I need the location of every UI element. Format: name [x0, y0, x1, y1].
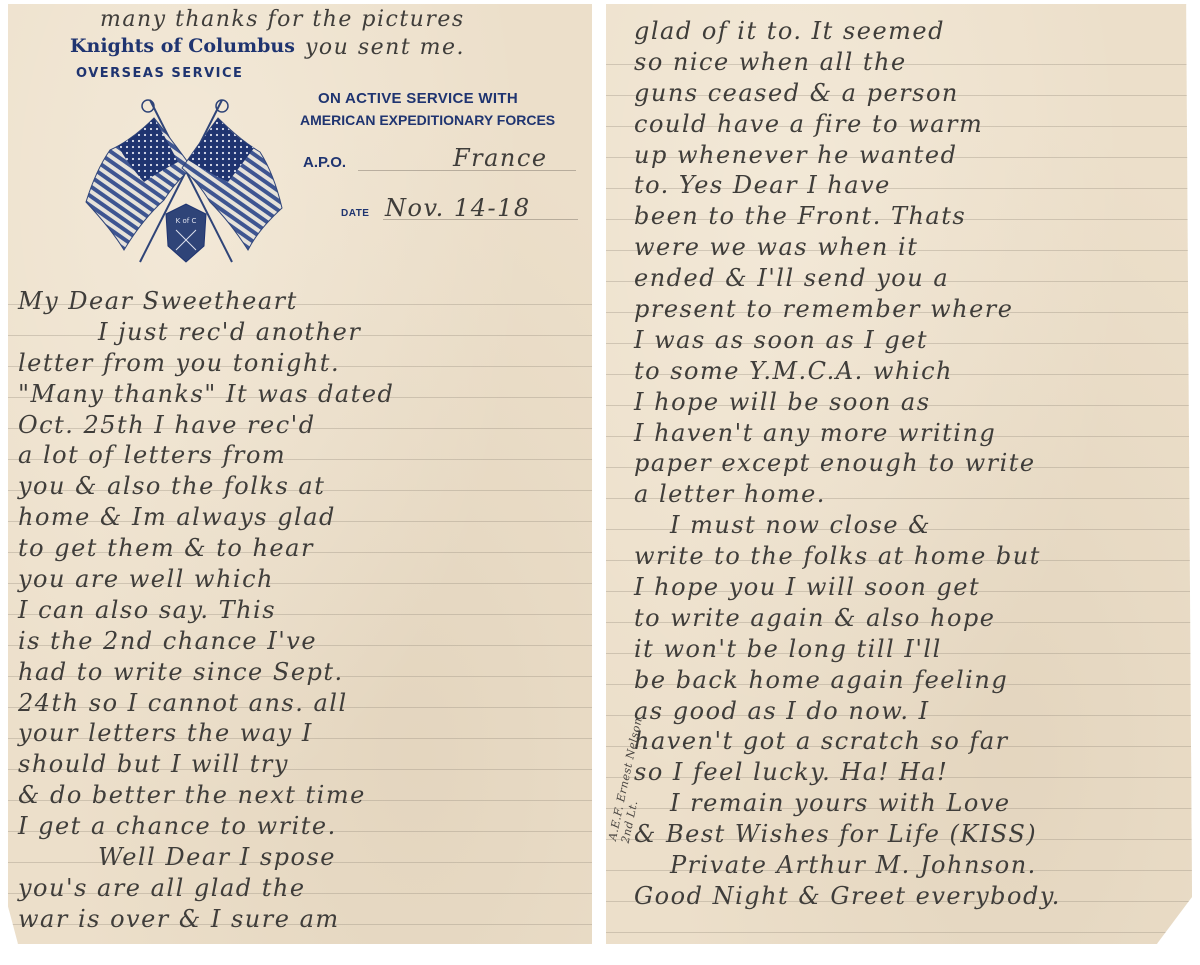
apo-label: A.P.O. [303, 154, 346, 171]
active-service-line-1: ON ACTIVE SERVICE WITH [318, 90, 518, 107]
body-line: it won't be long till I'll [634, 634, 1061, 665]
signature: Private Arthur M. Johnson. [634, 850, 1061, 881]
body-line: as good as I do now. I [634, 696, 1061, 727]
body-line: a letter home. [634, 479, 1061, 510]
emblem-text: K of C [176, 217, 197, 225]
body-line: I get a chance to write. [18, 811, 394, 842]
body-line: had to write since Sept. [18, 657, 394, 688]
body-line: I haven't any more writing [634, 418, 1061, 449]
body-line: home & Im always glad [18, 502, 394, 533]
apo-value: France [453, 144, 548, 172]
body-line: you & also the folks at [18, 471, 394, 502]
letter-body-page-1: My Dear Sweetheart I just rec'd another … [18, 286, 394, 935]
body-line: I hope you I will soon get [634, 572, 1061, 603]
body-line: "Many thanks" It was dated [18, 379, 394, 410]
body-line: letter from you tonight. [18, 348, 394, 379]
organization-name: Knights of Columbus [70, 35, 295, 57]
body-line: so nice when all the [634, 47, 1061, 78]
date-label: DATE [341, 208, 369, 219]
crossed-flags-emblem-icon: K of C [82, 90, 288, 268]
top-note-line-1: many thanks for the pictures [100, 6, 465, 34]
letter-body-page-2: glad of it to. It seemed so nice when al… [634, 16, 1061, 912]
body-line: 24th so I cannot ans. all [18, 688, 394, 719]
body-line: ended & I'll send you a [634, 263, 1061, 294]
body-line: I just rec'd another [18, 317, 394, 348]
body-line: guns ceased & a person [634, 78, 1061, 109]
date-value: Nov. 14-18 [385, 194, 531, 222]
body-line: to some Y.M.C.A. which [634, 356, 1061, 387]
closing-line: I remain yours with Love [634, 788, 1061, 819]
body-line: you are well which [18, 564, 394, 595]
body-line: I must now close & [634, 510, 1061, 541]
body-line: war is over & I sure am [18, 904, 394, 935]
body-line: & do better the next time [18, 780, 394, 811]
letter-page-2: glad of it to. It seemed so nice when al… [606, 4, 1192, 944]
body-line: a lot of letters from [18, 440, 394, 471]
body-line: write to the folks at home but [634, 541, 1061, 572]
body-line: to write again & also hope [634, 603, 1061, 634]
body-line: Oct. 25th I have rec'd [18, 410, 394, 441]
body-line: were we was when it [634, 232, 1061, 263]
body-line: I hope will be soon as [634, 387, 1061, 418]
body-line: Well Dear I spose [18, 842, 394, 873]
body-line: be back home again feeling [634, 665, 1061, 696]
body-line: is the 2nd chance I've [18, 626, 394, 657]
body-line: I can also say. This [18, 595, 394, 626]
body-line: could have a fire to warm [634, 109, 1061, 140]
body-line: you's are all glad the [18, 873, 394, 904]
overseas-service-label: OVERSEAS SERVICE [76, 66, 243, 81]
body-line: to. Yes Dear I have [634, 170, 1061, 201]
body-line: so I feel lucky. Ha! Ha! [634, 757, 1061, 788]
body-line: I was as soon as I get [634, 325, 1061, 356]
body-line: glad of it to. It seemed [634, 16, 1061, 47]
body-line: up whenever he wanted [634, 140, 1061, 171]
body-line: to get them & to hear [18, 533, 394, 564]
body-line: present to remember where [634, 294, 1061, 325]
postscript-line: Good Night & Greet everybody. [634, 881, 1061, 912]
body-line: should but I will try [18, 749, 394, 780]
active-service-line-2: AMERICAN EXPEDITIONARY FORCES [300, 112, 555, 128]
salutation: My Dear Sweetheart [18, 286, 394, 317]
letter-page-1: many thanks for the pictures you sent me… [8, 4, 592, 944]
body-line: paper except enough to write [634, 448, 1061, 479]
body-line: your letters the way I [18, 718, 394, 749]
closing-line: & Best Wishes for Life (KISS) [634, 819, 1061, 850]
body-line: been to the Front. Thats [634, 201, 1061, 232]
body-line: haven't got a scratch so far [634, 726, 1061, 757]
